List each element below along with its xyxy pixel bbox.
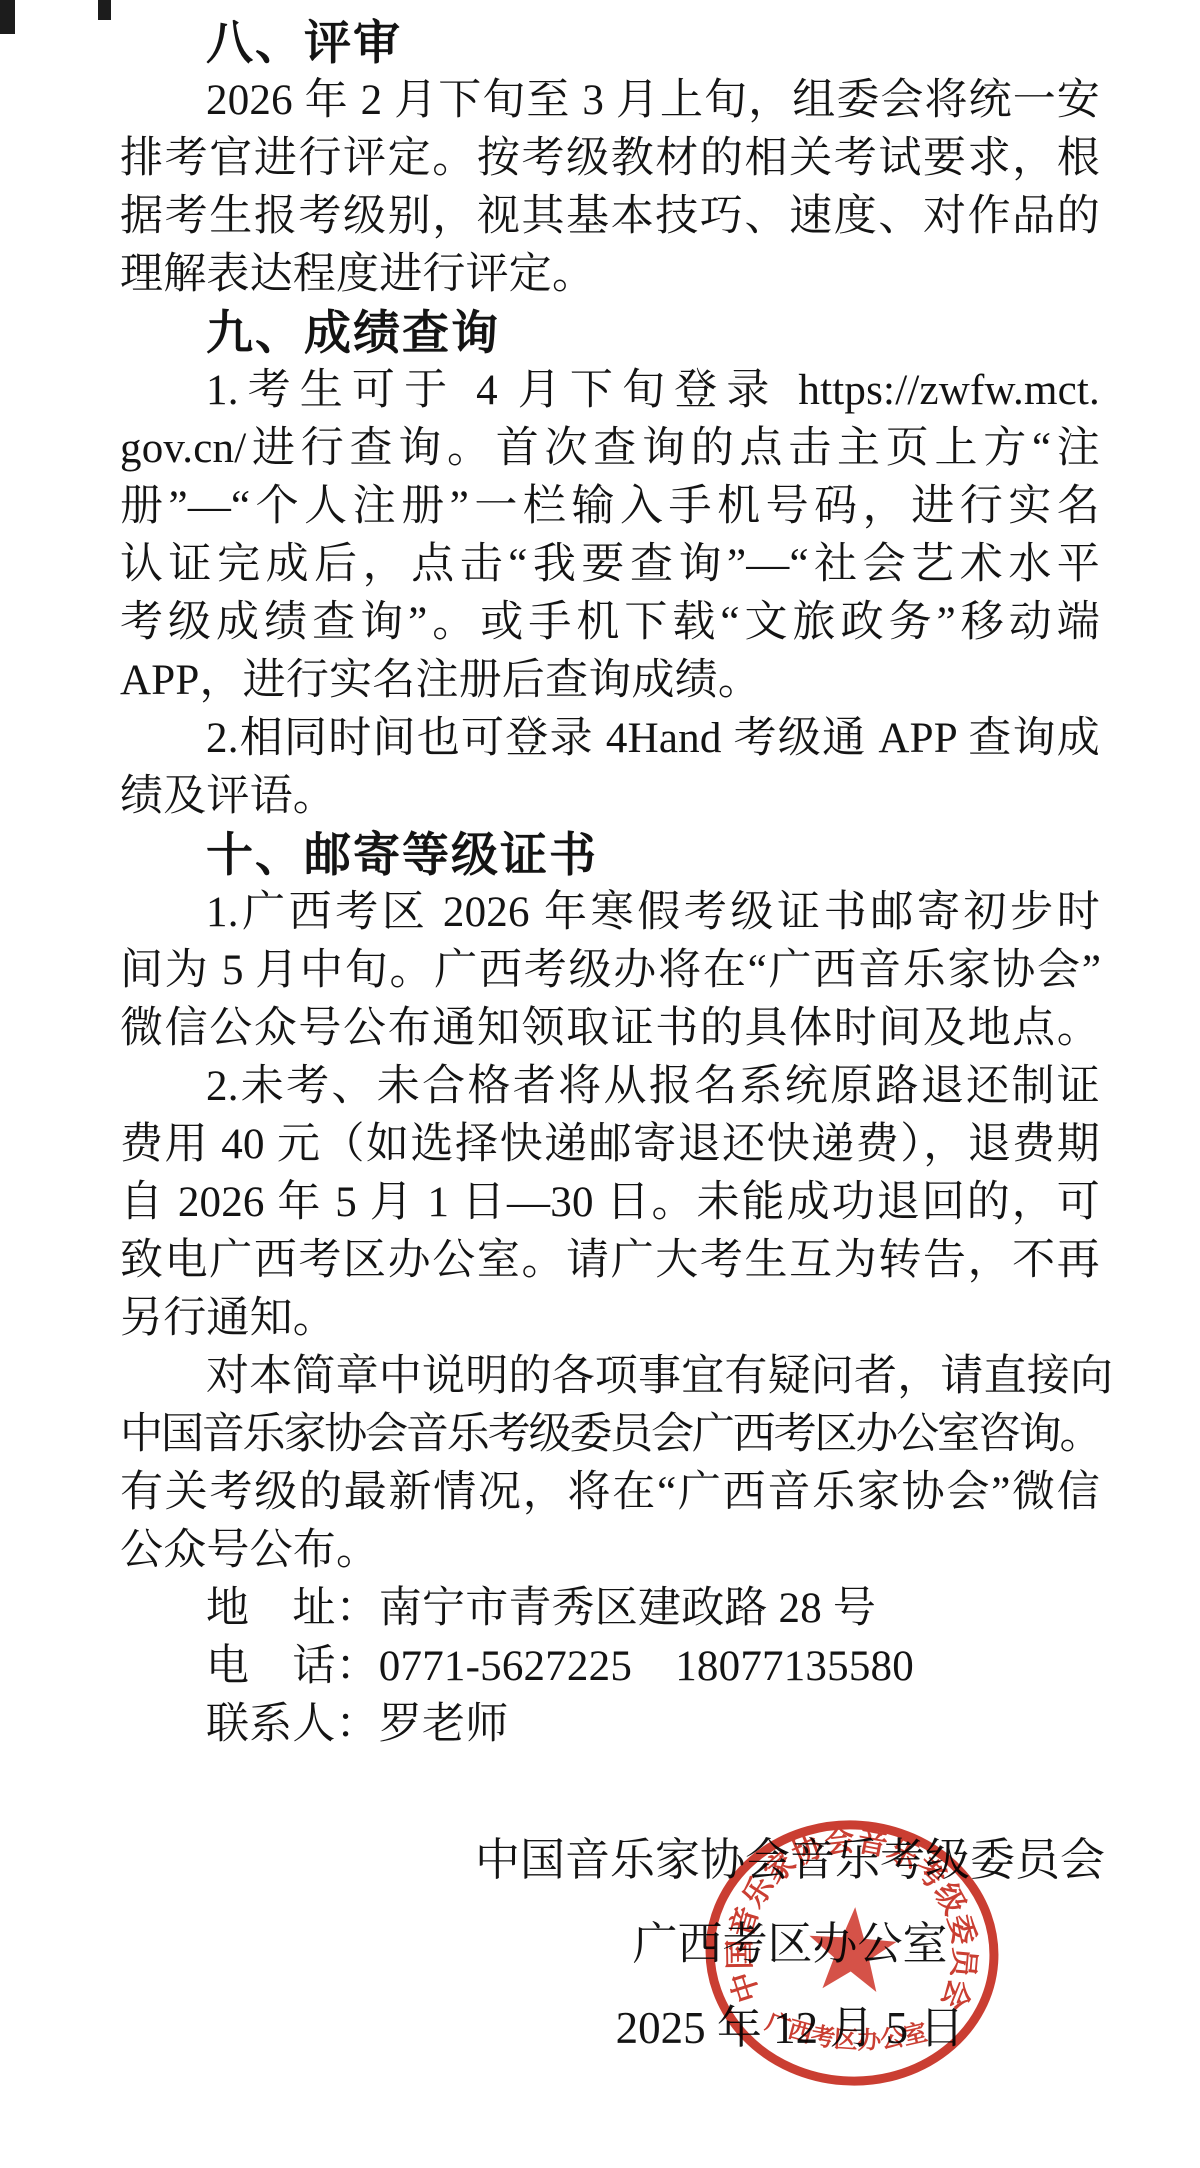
text-line: gov.cn/进行查询。首次查询的点击主页上方“注 <box>120 420 1100 478</box>
text-line: 自 2026 年 5 月 1 日—30 日。未能成功退回的，可 <box>120 1174 1100 1232</box>
text-line: APP，进行实名注册后查询成绩。 <box>120 652 1100 710</box>
scan-artifact <box>0 0 15 34</box>
text-line: 2.未考、未合格者将从报名系统原路退还制证 <box>120 1058 1100 1116</box>
document-page: 八、评审 2026 年 2 月下旬至 3 月上旬，组委会将统一安 排考官进行评定… <box>0 0 1200 2168</box>
contact-address: 地 址：南宁市青秀区建政路 28 号 <box>120 1580 1100 1638</box>
text-line: 考级成绩查询”。或手机下载“文旅政务”移动端 <box>120 594 1100 652</box>
text-line: 对本简章中说明的各项事宜有疑问者，请直接向 <box>120 1348 1100 1406</box>
text-line: 中国音乐家协会音乐考级委员会广西考区办公室咨询。 <box>120 1406 1100 1464</box>
contact-person: 联系人：罗老师 <box>120 1696 1100 1754</box>
scan-artifact <box>98 0 111 20</box>
section-heading-8: 八、评审 <box>120 14 1100 72</box>
text-line: 2.相同时间也可登录 4Hand 考级通 APP 查询成 <box>120 710 1100 768</box>
text-line: 1.考生可于 4 月下旬登录 https://zwfw.mct. <box>120 362 1100 420</box>
text-line: 公众号公布。 <box>120 1522 1100 1580</box>
document-body: 八、评审 2026 年 2 月下旬至 3 月上旬，组委会将统一安 排考官进行评定… <box>120 14 1100 1754</box>
section-heading-9: 九、成绩查询 <box>120 304 1100 362</box>
official-seal: 中国音乐家协会音乐考级委员会 广西考区办公室 <box>681 1782 1023 2124</box>
text-line: 册”—“个人注册”一栏输入手机号码，进行实名 <box>120 478 1100 536</box>
text-line: 2026 年 2 月下旬至 3 月上旬，组委会将统一安 <box>120 72 1100 130</box>
text-line: 据考生报考级别，视其基本技巧、速度、对作品的 <box>120 188 1100 246</box>
text-line: 另行通知。 <box>120 1290 1100 1348</box>
text-line: 理解表达程度进行评定。 <box>120 246 1100 304</box>
svg-text:广西考区办公室: 广西考区办公室 <box>761 2007 932 2060</box>
section-heading-10: 十、邮寄等级证书 <box>120 826 1100 884</box>
text-line: 致电广西考区办公室。请广大考生互为转告，不再 <box>120 1232 1100 1290</box>
seal-star-icon <box>806 1904 899 1993</box>
contact-phone: 电 话：0771-5627225 18077135580 <box>120 1638 1100 1696</box>
text-line: 间为 5 月中旬。广西考级办将在“广西音乐家协会” <box>120 942 1100 1000</box>
text-line: 微信公众号公布通知领取证书的具体时间及地点。 <box>120 1000 1100 1058</box>
seal-bottom-text: 广西考区办公室 <box>761 2007 932 2060</box>
text-line: 有关考级的最新情况，将在“广西音乐家协会”微信 <box>120 1464 1100 1522</box>
text-line: 排考官进行评定。按考级教材的相关考试要求，根 <box>120 130 1100 188</box>
text-line: 1.广西考区 2026 年寒假考级证书邮寄初步时 <box>120 884 1100 942</box>
text-line: 认证完成后，点击“我要查询”—“社会艺术水平 <box>120 536 1100 594</box>
text-line: 费用 40 元（如选择快递邮寄退还快递费），退费期 <box>120 1116 1100 1174</box>
text-line: 绩及评语。 <box>120 768 1100 826</box>
